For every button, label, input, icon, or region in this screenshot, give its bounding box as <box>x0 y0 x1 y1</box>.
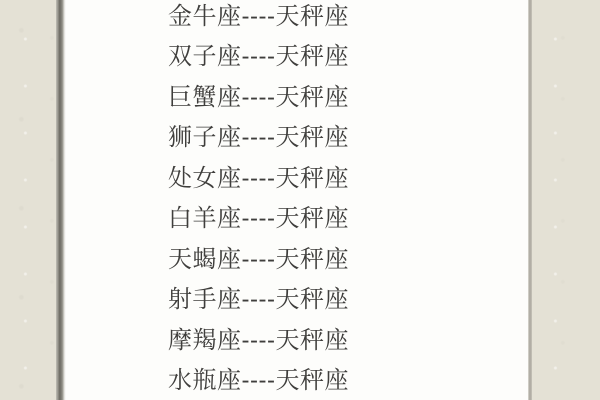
page-right-edge <box>528 0 532 400</box>
list-item: 摩羯座----天秤座 <box>168 321 349 361</box>
list-item: 巨蟹座----天秤座 <box>168 78 349 118</box>
list-item: 狮子座----天秤座 <box>168 118 349 158</box>
list-item: 处女座----天秤座 <box>168 159 349 199</box>
list-item: 金牛座----天秤座 <box>168 0 349 37</box>
zodiac-pairing-list: 金牛座----天秤座 双子座----天秤座 巨蟹座----天秤座 狮子座----… <box>168 0 349 400</box>
list-item: 白羊座----天秤座 <box>168 199 349 239</box>
list-item: 水瓶座----天秤座 <box>168 361 349 400</box>
screenshot-root: { "canvas": { "width": 600, "height": 40… <box>0 0 600 400</box>
list-item: 天蝎座----天秤座 <box>168 240 349 280</box>
list-item: 双子座----天秤座 <box>168 37 349 77</box>
page-spine-shadow <box>56 0 66 400</box>
list-item: 射手座----天秤座 <box>168 280 349 320</box>
